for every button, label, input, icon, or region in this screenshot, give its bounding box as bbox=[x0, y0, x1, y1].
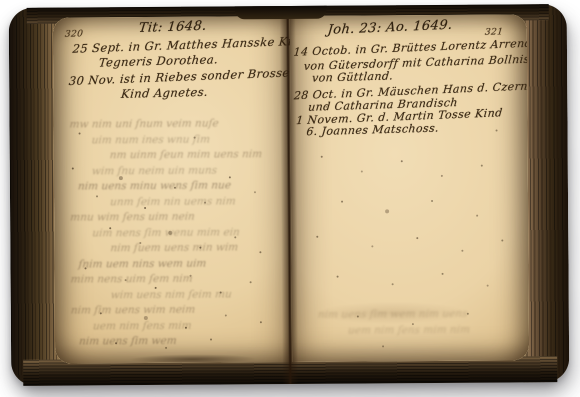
left-page-bleed-through-text: mw nim uni ſnum veim nuſe uim num ines w… bbox=[69, 116, 286, 350]
page-number-left: 320 bbox=[64, 29, 83, 39]
left-page-heading: Tit: 1648. bbox=[138, 19, 208, 36]
left-page: 320 Tit: 1648. 25 Sept. in Gr. Matthes H… bbox=[53, 16, 292, 364]
photo-of-open-manuscript-book: 320 Tit: 1648. 25 Sept. in Gr. Matthes H… bbox=[0, 0, 580, 397]
book-gutter bbox=[280, 6, 299, 384]
right-page-entry: von Güttland. bbox=[311, 69, 393, 84]
left-page-entry: Kind Agnetes. bbox=[121, 85, 209, 101]
right-page-bleed-through-text: nim uens ſim wem nim uens uem nim ſens m… bbox=[318, 307, 470, 339]
right-page-entry: 6. Joannes Matschoss. bbox=[306, 122, 440, 139]
right-page: 321 Joh. 23: Ao. 1649. 14 Octob. in Gr. … bbox=[290, 14, 529, 362]
book-spine-cap bbox=[235, 6, 327, 20]
left-page-entry: Tegneris Dorothea. bbox=[98, 52, 219, 69]
book: 320 Tit: 1648. 25 Sept. in Gr. Matthes H… bbox=[9, 4, 570, 386]
right-page-heading: Joh. 23: Ao. 1649. bbox=[327, 18, 453, 38]
page-number-right: 321 bbox=[484, 27, 503, 37]
